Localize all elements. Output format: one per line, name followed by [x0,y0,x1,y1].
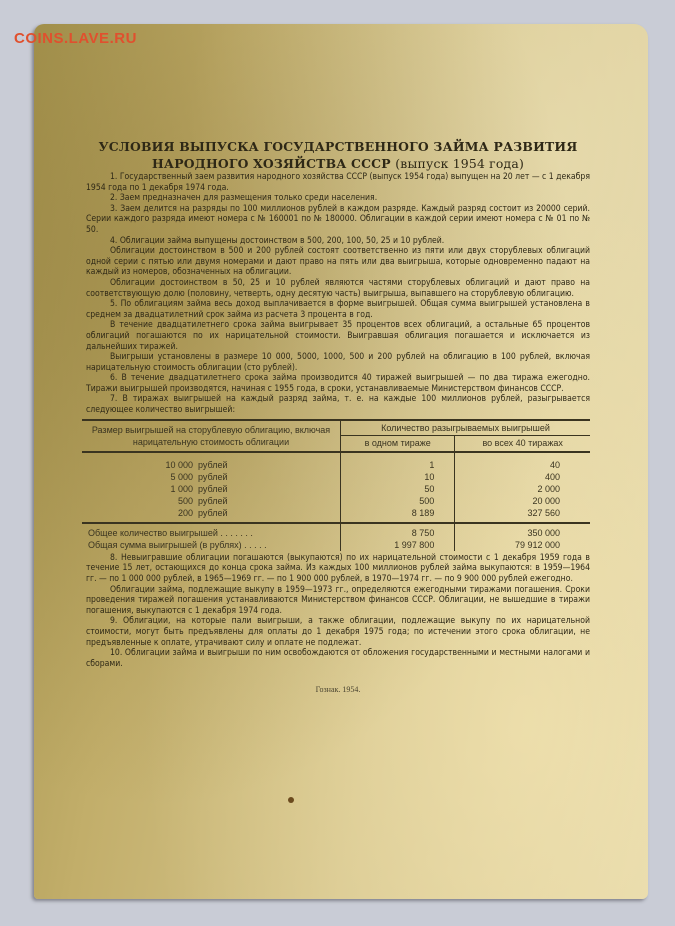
one-draw-header: в одном тираже [341,436,455,452]
prize-size-header: Размер выигрышей на сторублевую облигаци… [82,420,341,452]
clause-5-percentages: В течение двадцатилетнего срока займа вы… [86,320,590,352]
clause-1: 1. Государственный заем развития народно… [86,172,590,193]
bond-terms-text: УСЛОВИЯ ВЫПУСКА ГОСУДАРСТВЕННОГО ЗАЙМА Р… [86,138,590,696]
clause-8-redemption-draws: Облигации займа, подлежащие выкупу в 195… [86,585,590,617]
clause-9: 9. Облигации, на которые пали выигрыши, … [86,616,590,648]
title-issue-year: (выпуск 1954 года) [395,156,524,171]
table-row: 5 000рублей 10 400 [82,471,590,483]
total-sum-row: Общая сумма выигрышей (в рублях) . . . .… [82,539,590,551]
title-line-2: НАРОДНОГО ХОЗЯЙСТВА СССР (выпуск 1954 го… [86,155,590,172]
table-row: 500рублей 500 20 000 [82,495,590,507]
title-line-1: УСЛОВИЯ ВЫПУСКА ГОСУДАРСТВЕННОГО ЗАЙМА Р… [86,138,590,155]
clause-10: 10. Облигации займа и выигрыши по ним ос… [86,648,590,669]
prize-table: Размер выигрышей на сторублевую облигаци… [82,419,590,551]
clause-4-fractions: Облигации достоинством в 50, 25 и 10 руб… [86,278,590,299]
clause-3: 3. Заем делится на разряды по 100 миллио… [86,204,590,236]
clause-7: 7. В тиражах выигрышей на каждый разряд … [86,394,590,415]
table-row: 1 000рублей 50 2 000 [82,483,590,495]
document-title: УСЛОВИЯ ВЫПУСКА ГОСУДАРСТВЕННОГО ЗАЙМА Р… [86,138,590,172]
clause-6: 6. В течение двадцатилетнего срока займа… [86,373,590,394]
clause-2: 2. Заем предназначен для размещения толь… [86,193,590,204]
printer-imprint: Гознак. 1954. [86,685,590,696]
clause-4: 4. Облигации займа выпущены достоинством… [86,236,590,247]
clause-8: 8. Невыигравшие облигации погашаются (вы… [86,553,590,585]
prize-count-header: Количество разыгрываемых выигрышей [341,420,591,436]
paper-stain [288,797,294,803]
site-watermark: COINS.LAVE.RU [14,30,137,47]
clause-5-prize-amounts: Выигрыши установлены в размере 10 000, 5… [86,352,590,373]
clause-5: 5. По облигациям займа весь доход выплач… [86,299,590,320]
total-count-row: Общее количество выигрышей . . . . . . .… [82,523,590,539]
clause-4-denominations: Облигации достоинством в 500 и 200 рубле… [86,246,590,278]
table-row: 10 000рублей 1 40 [82,452,590,471]
table-row: 200рублей 8 189 327 560 [82,507,590,523]
all-draws-header: во всех 40 тиражах [455,436,590,452]
